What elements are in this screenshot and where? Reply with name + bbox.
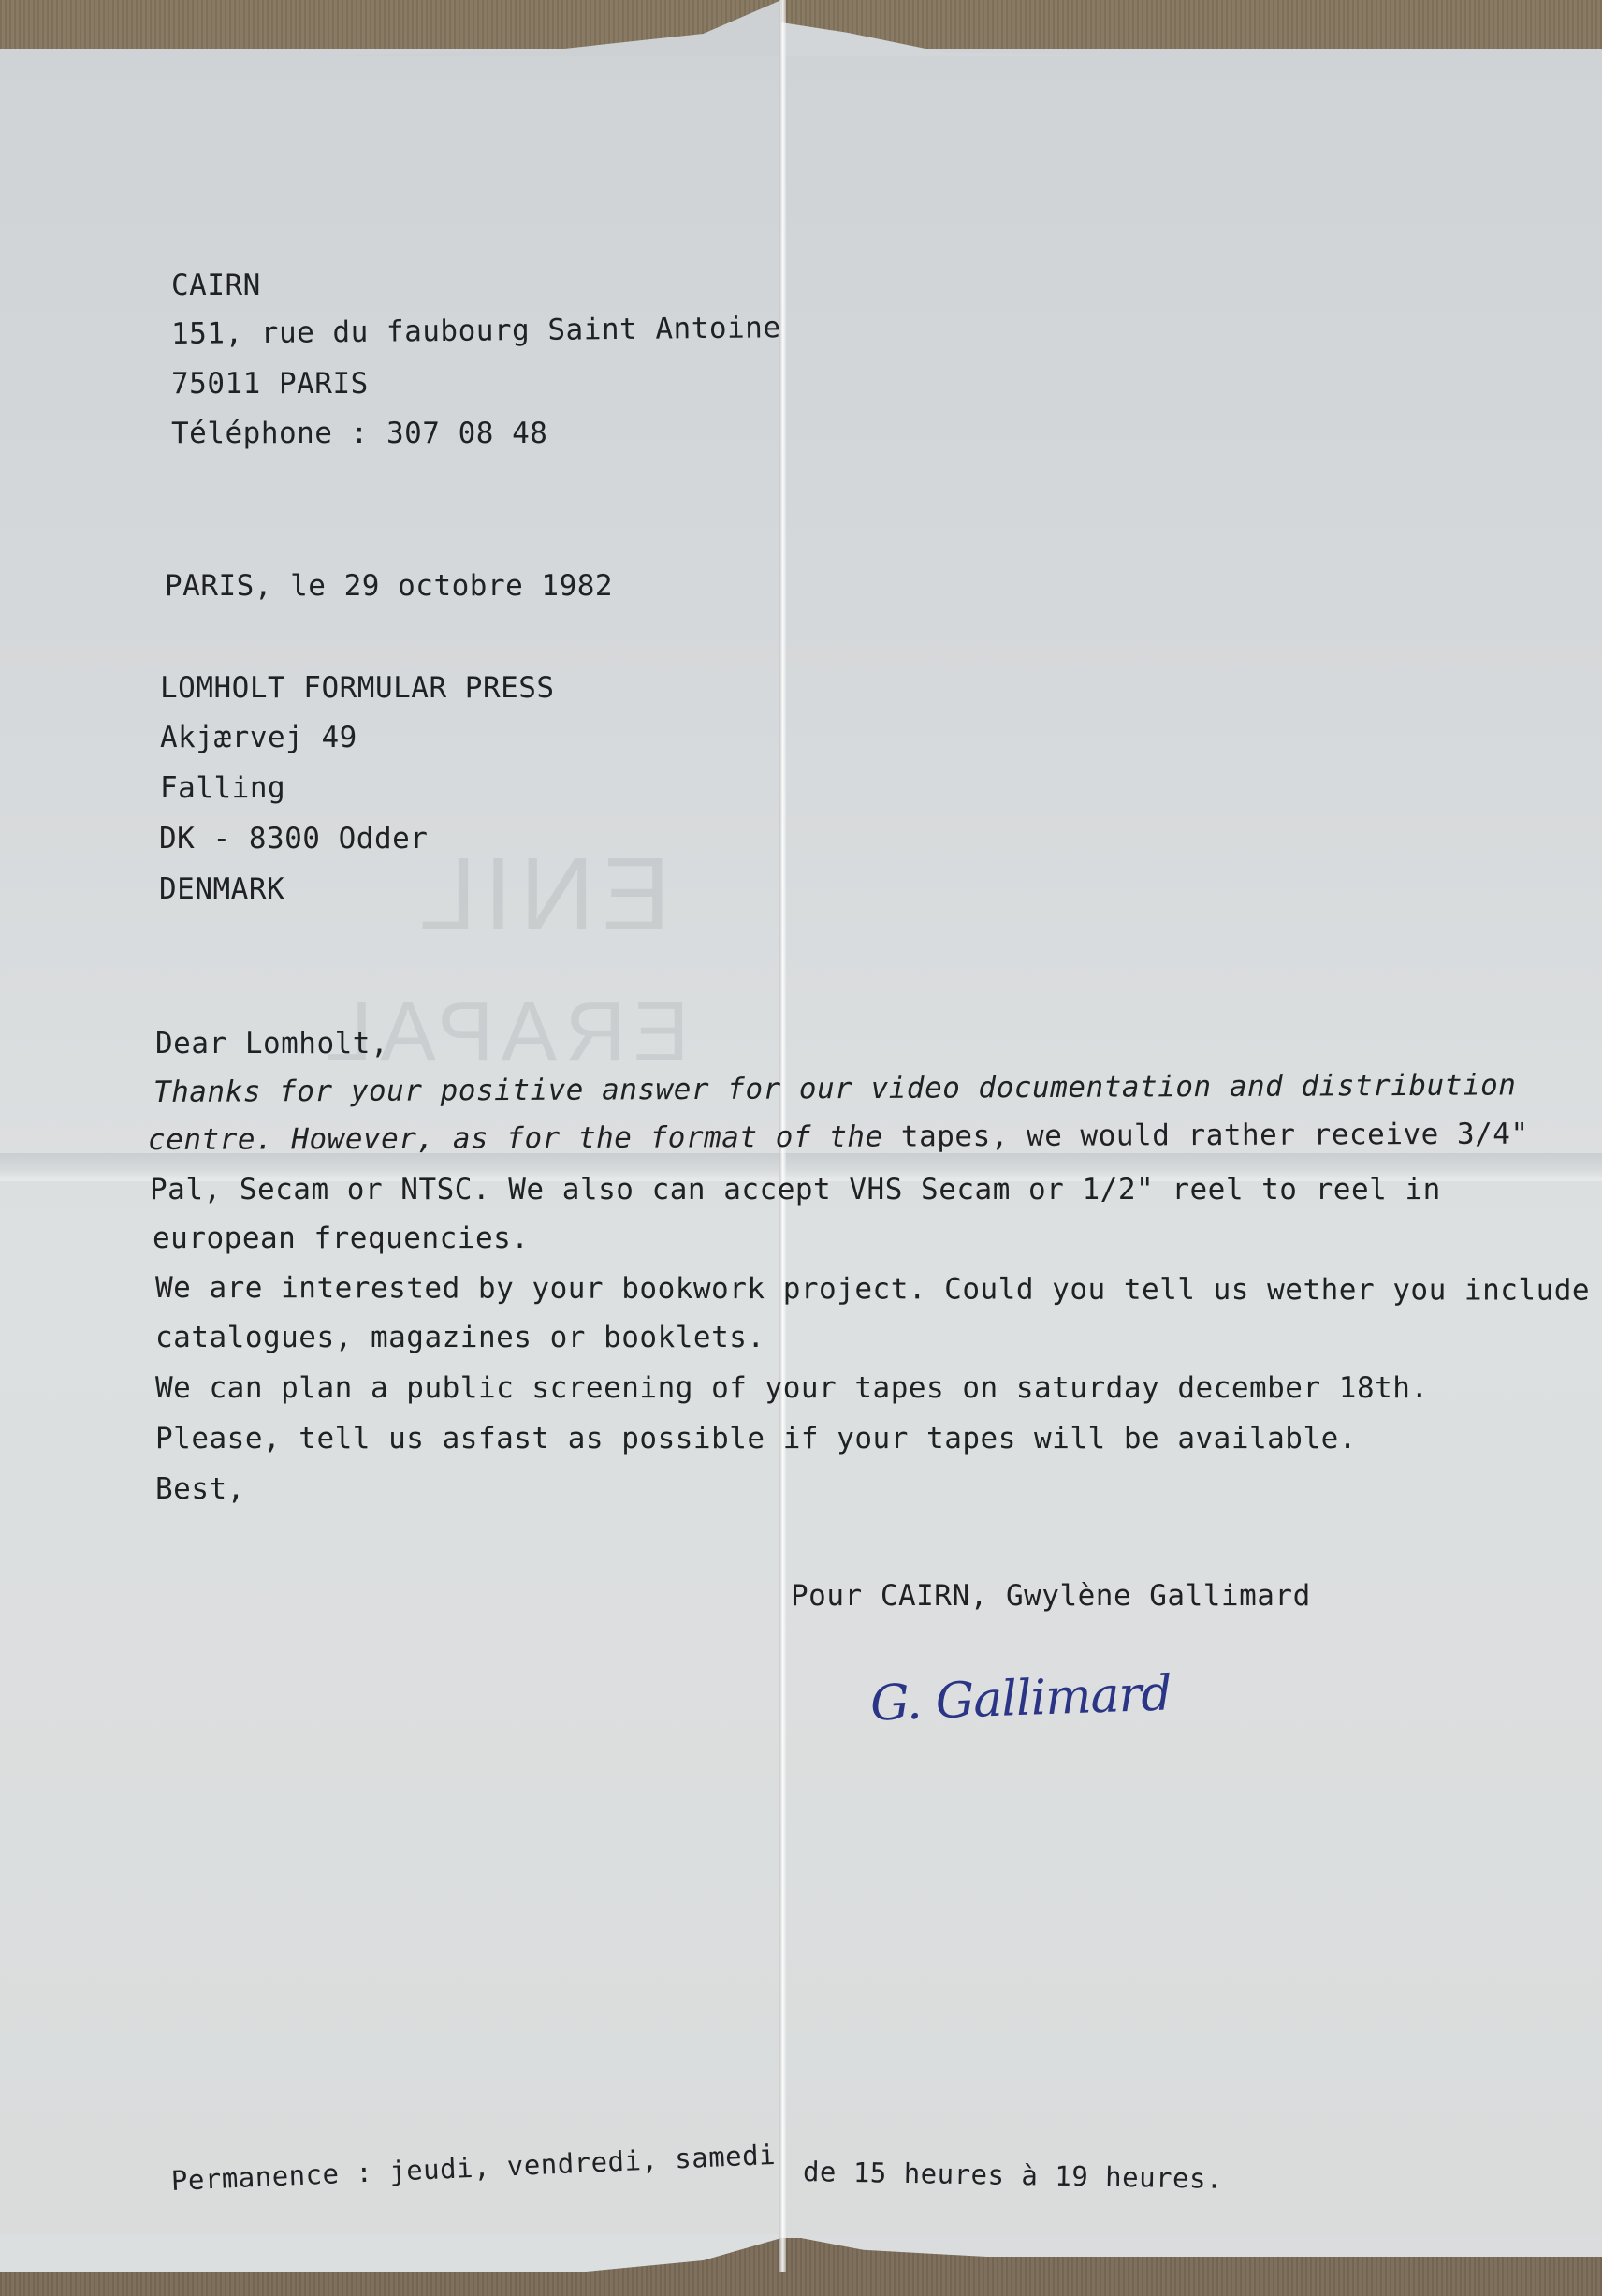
show-through-text: ENIL <box>412 835 671 954</box>
body-line: catalogues, magazines or booklets. <box>155 1323 765 1353</box>
signature-block: Pour CAIRN, Gwylène Gallimard <box>791 1582 1311 1611</box>
sender-phone: Téléphone : 307 08 48 <box>171 419 547 448</box>
body-line: Please, tell us asfast as possible if yo… <box>155 1425 1357 1454</box>
sender-street: 151, rue du faubourg Saint Antoine <box>171 314 781 349</box>
greeting: Dear Lomholt, <box>155 1030 388 1059</box>
handwritten-signature: G. Gallimard <box>869 1665 1172 1732</box>
body-line: centre. However, as for the format of th… <box>148 1120 1529 1155</box>
recipient-street: Akjærvej 49 <box>160 724 357 753</box>
recipient-name: LOMHOLT FORMULAR PRESS <box>160 674 555 703</box>
body-line-upright-part: tapes, we would rather receive 3/4" <box>883 1118 1529 1154</box>
sender-name: CAIRN <box>171 271 261 300</box>
footer-hours-part2: de 15 heures à 19 heures. <box>803 2158 1223 2193</box>
closing: Best, <box>155 1475 245 1504</box>
recipient-country: DENMARK <box>159 875 284 904</box>
recipient-locality: Falling <box>160 774 285 803</box>
body-line: Thanks for your positive answer for our … <box>153 1071 1517 1107</box>
body-line: european frequencies. <box>153 1224 529 1253</box>
body-line-italic-part: centre. However, as for the format of th… <box>148 1120 883 1157</box>
recipient-postal: DK - 8300 Odder <box>159 825 428 854</box>
body-line: We can plan a public screening of your t… <box>155 1374 1429 1403</box>
sender-city: 75011 PARIS <box>171 370 369 399</box>
body-line: We are interested by your bookwork proje… <box>155 1274 1590 1306</box>
date-line: PARIS, le 29 octobre 1982 <box>165 572 613 601</box>
body-line: Pal, Secam or NTSC. We also can accept V… <box>150 1176 1441 1205</box>
